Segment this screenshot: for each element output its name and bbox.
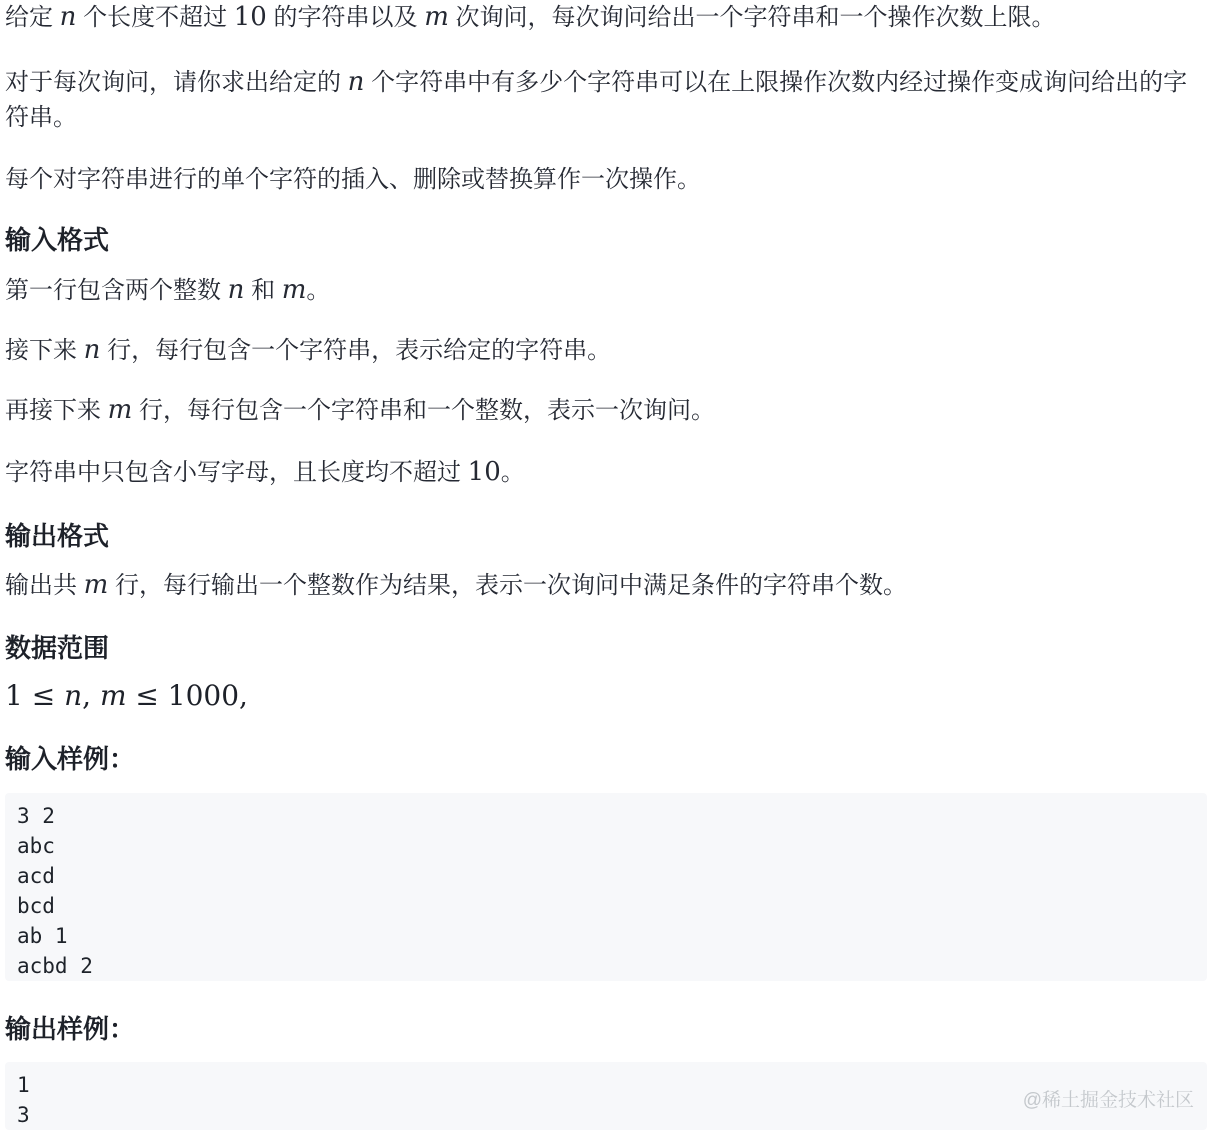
code-line: 1 bbox=[17, 1070, 1193, 1100]
text-segment: 输出共 bbox=[5, 572, 84, 599]
code-line: 3 bbox=[17, 1100, 1193, 1130]
math-var-m: m bbox=[100, 679, 127, 712]
text-segment: 行，每行包含一个字符串，表示给定的字符串。 bbox=[100, 337, 611, 364]
input-format-paragraph-2: 接下来 n 行，每行包含一个字符串，表示给定的字符串。 bbox=[5, 333, 1207, 368]
problem-page: 给定 n 个长度不超过 10 的字符串以及 m 次询问，每次询问给出一个字符串和… bbox=[0, 0, 1227, 1140]
input-format-paragraph-4: 字符串中只包含小写字母，且长度均不超过 10。 bbox=[5, 455, 1207, 490]
code-line: acbd 2 bbox=[17, 951, 1193, 981]
math-var-n: n bbox=[60, 2, 77, 32]
math-segment: 1 ≤ bbox=[5, 679, 64, 712]
text-segment: 对于每次询问，请你求出给定的 bbox=[5, 69, 348, 96]
math-var-m: m bbox=[424, 2, 449, 32]
heading-output-sample: 输出样例： bbox=[5, 1014, 1207, 1045]
code-line: ab 1 bbox=[17, 921, 1193, 951]
text-segment: 和 bbox=[244, 277, 281, 304]
text-segment: 每个对字符串进行的单个字符的插入、删除或替换算作一次操作。 bbox=[5, 166, 701, 193]
input-format-paragraph-1: 第一行包含两个整数 n 和 m。 bbox=[5, 273, 1207, 308]
text-segment: 字符串中只包含小写字母，且长度均不超过 bbox=[5, 459, 468, 486]
math-var-n: n bbox=[64, 679, 82, 712]
code-line: acd bbox=[17, 861, 1193, 891]
math-var-m: m bbox=[84, 570, 109, 600]
math-num-10: 10 bbox=[234, 2, 267, 32]
input-sample-code-block: 3 2abcacdbcdab 1acbd 2 bbox=[5, 793, 1207, 981]
text-segment: 再接下来 bbox=[5, 397, 108, 424]
heading-data-range: 数据范围 bbox=[5, 633, 1207, 664]
code-line: abc bbox=[17, 831, 1193, 861]
code-line: 3 2 bbox=[17, 801, 1193, 831]
intro-paragraph-2: 对于每次询问，请你求出给定的 n 个字符串中有多少个字符串可以在上限操作次数内经… bbox=[5, 65, 1207, 135]
text-segment: 的字符串以及 bbox=[267, 4, 424, 31]
heading-input-format: 输入格式 bbox=[5, 225, 1207, 256]
text-segment: 。 bbox=[306, 277, 330, 304]
heading-output-format: 输出格式 bbox=[5, 521, 1207, 552]
input-format-paragraph-3: 再接下来 m 行，每行包含一个字符串和一个整数，表示一次询问。 bbox=[5, 393, 1207, 428]
text-segment: 接下来 bbox=[5, 337, 84, 364]
output-format-paragraph-1: 输出共 m 行，每行输出一个整数作为结果，表示一次询问中满足条件的字符串个数。 bbox=[5, 568, 1207, 603]
math-var-n: n bbox=[348, 67, 365, 97]
data-range-formula: 1 ≤ n, m ≤ 1000, bbox=[5, 678, 1207, 713]
text-segment: 。 bbox=[501, 459, 525, 486]
intro-paragraph-1: 给定 n 个长度不超过 10 的字符串以及 m 次询问，每次询问给出一个字符串和… bbox=[5, 0, 1207, 35]
text-segment: 行，每行输出一个整数作为结果，表示一次询问中满足条件的字符串个数。 bbox=[108, 572, 907, 599]
site-watermark: @稀土掘金技术社区 bbox=[1023, 1089, 1194, 1112]
text-segment: 次询问，每次询问给出一个字符串和一个操作次数上限。 bbox=[449, 4, 1056, 31]
text-segment: 个长度不超过 bbox=[76, 4, 233, 31]
math-num-10: 10 bbox=[468, 457, 501, 487]
text-segment: 给定 bbox=[5, 4, 60, 31]
math-var-m: m bbox=[108, 395, 133, 425]
intro-paragraph-3: 每个对字符串进行的单个字符的插入、删除或替换算作一次操作。 bbox=[5, 162, 1207, 197]
text-segment: 第一行包含两个整数 bbox=[5, 277, 228, 304]
code-line: bcd bbox=[17, 891, 1193, 921]
text-segment: 行，每行包含一个字符串和一个整数，表示一次询问。 bbox=[132, 397, 715, 424]
math-var-n: n bbox=[84, 335, 101, 365]
math-var-m: m bbox=[282, 275, 307, 305]
math-var-n: n bbox=[228, 275, 245, 305]
math-segment: ≤ 1000, bbox=[127, 679, 248, 712]
heading-input-sample: 输入样例： bbox=[5, 744, 1207, 775]
math-segment: , bbox=[82, 679, 100, 712]
